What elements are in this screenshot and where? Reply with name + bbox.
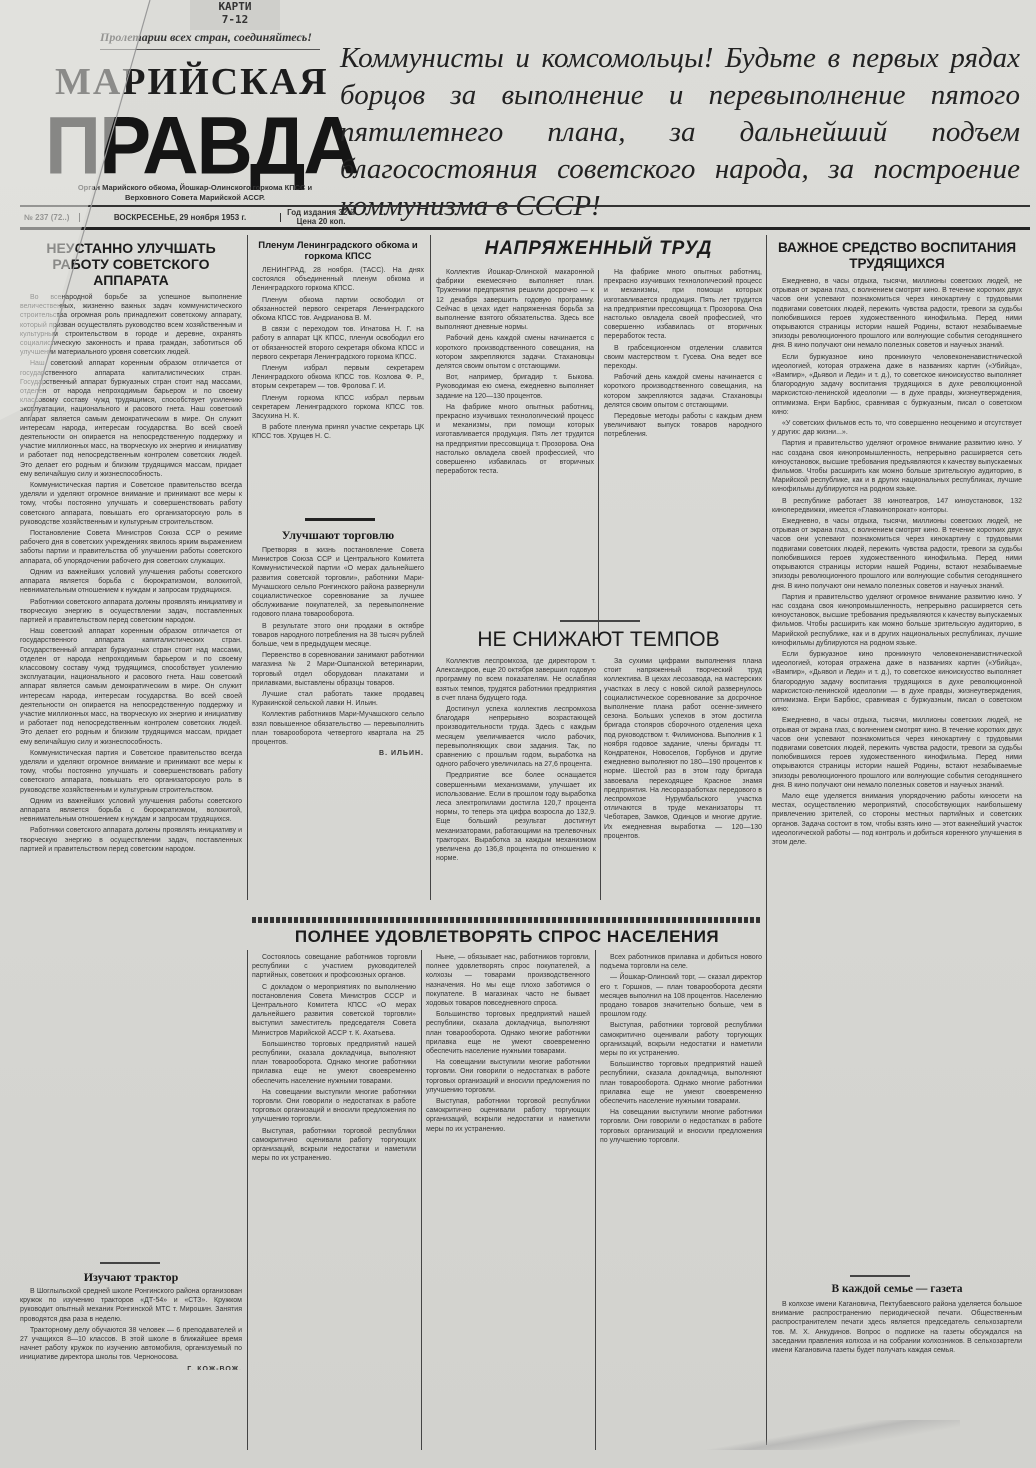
article-paragraph: Ежедневно, в часы отдыха, тысячи, миллио…: [772, 517, 1022, 591]
article-demand-col1: Состоялось совещание работников торговли…: [252, 953, 416, 1453]
article-paragraph: Претворяя в жизнь постановление Совета М…: [252, 546, 424, 620]
article-paragraph: Если буржуазное кино проникнуто человеко…: [772, 650, 1022, 714]
article-paragraph: В результате этого они продажи в октябре…: [252, 622, 424, 650]
separator: [305, 518, 375, 521]
price: Цена 20 коп.: [297, 217, 346, 226]
article-paragraph: «У советских фильмов есть то, что соверш…: [772, 419, 1022, 437]
article-paragraph: Ныне, — обязывает нас, работников торгов…: [426, 953, 590, 1008]
article-paragraph: — Йошкар-Олинский торг, — сказал директо…: [600, 973, 762, 1019]
article-paragraph: Выступая, работники торговой республики …: [600, 1021, 762, 1058]
article-paragraph: Одним из важнейших условий улучшения раб…: [20, 568, 242, 596]
article-paragraph: В колхозе имени Кагановича, Пектубаевско…: [772, 1300, 1022, 1355]
article-paragraph: Наш советский аппарат коренным образом о…: [20, 627, 242, 747]
article-paragraph: Рабочий день каждой смены начинается с к…: [436, 334, 594, 371]
article-paragraph: Наш советский аппарат коренным образом о…: [20, 359, 242, 479]
article-paragraph: В Шоглыльской средней школе Ронгинского …: [20, 1287, 242, 1324]
article-paragraph: Во всенародной борьбе за успешное выполн…: [20, 293, 242, 357]
article-paragraph: Партия и правительство уделяют огромное …: [772, 439, 1022, 494]
article-paragraph: Одним из важнейших условий улучшения раб…: [20, 797, 242, 825]
article-paragraph: Достигнул успеха коллектив леспромхоза б…: [436, 705, 596, 769]
article-demand-col3: Всех работников прилавка и добиться ново…: [600, 953, 762, 1453]
column-divider: [766, 235, 767, 1445]
article-paragraph: ЛЕНИНГРАД, 28 ноября. (ТАСС). На днях со…: [252, 266, 424, 294]
publication-year: Год издания 32-й: [287, 208, 355, 217]
article-paragraph: Предприятие все более оснащается соверше…: [436, 771, 596, 863]
article-paragraph: Пленум горкома КПСС избрал первым секрет…: [252, 394, 424, 422]
article-paragraph: Пленум обкома партии освободил от обязан…: [252, 296, 424, 324]
article-paragraph: Состоялось совещание работников торговли…: [252, 953, 416, 981]
article-demand-col2: Ныне, — обязывает нас, работников торгов…: [426, 953, 590, 1453]
article-no-slowdown-col2: За сухими цифрами выполнения плана стоит…: [604, 657, 762, 902]
article-plenum: Пленум Ленинградского обкома и горкома К…: [252, 240, 424, 510]
article-signature: В. ИЛЬИН.: [252, 749, 424, 758]
issue-number: № 237 (72..): [20, 213, 80, 222]
masthead-info-bar: № 237 (72..) ВОСКРЕСЕНЬЕ, 29 ноября 1953…: [20, 205, 1030, 230]
article-headline: НЕУСТАННО УЛУЧШАТЬ РАБОТУ СОВЕТСКОГО АПП…: [20, 240, 242, 288]
article-signature: Г. КОЖ-ВОЖ.: [20, 1365, 242, 1370]
separator: [560, 620, 640, 622]
decorative-rule: [252, 917, 762, 923]
article-paragraph: Коммунистическая партия и Советское прав…: [20, 481, 242, 527]
newspaper-page: КАРТИ 7-12 Пролетарии всех стран, соедин…: [0, 0, 1036, 1468]
article-paragraph: Постановление Совета Министров Союза ССР…: [20, 529, 242, 566]
article-headline: Изучают трактор: [20, 1270, 242, 1285]
article-headline: ВАЖНОЕ СРЕДСТВО ВОСПИТАНИЯ ТРУДЯЩИХСЯ: [772, 240, 1022, 272]
masthead-organ: Орган Марийского обкома, Йошкар-Олинског…: [60, 183, 330, 203]
article-paragraph: В республике работает 38 кинотеатров, 14…: [772, 497, 1022, 515]
article-paragraph: Ежедневно, в часы отдыха, тысячи, миллио…: [772, 277, 1022, 351]
article-paragraph: Если буржуазное кино проникнуто человеко…: [772, 353, 1022, 417]
article-headline-no-slowdown: НЕ СНИЖАЮТ ТЕМПОВ: [436, 628, 761, 652]
column-divider: [595, 950, 596, 1450]
article-paragraph: Выступая, работники торговой республики …: [426, 1097, 590, 1134]
article-headline: В каждой семье — газета: [772, 1282, 1022, 1297]
article-paragraph: Коллектив леспромхоза, где директором т.…: [436, 657, 596, 703]
article-trade: Улучшают торговлю Претворяя в жизнь пост…: [252, 528, 424, 908]
article-paragraph: Большинство торговых предприятий нашей р…: [426, 1010, 590, 1056]
article-headline: Пленум Ленинградского обкома и горкома К…: [252, 240, 424, 262]
masthead-motto: Пролетарии всех стран, соединяйтесь!: [100, 30, 320, 50]
article-paragraph: Тракторному делу обучаются 38 человек — …: [20, 1326, 242, 1363]
article-paragraph: Большинство торговых предприятий нашей р…: [600, 1060, 762, 1106]
article-paragraph: Мало еще уделяется внимания упорядочению…: [772, 792, 1022, 847]
article-paragraph: Коллектив Йошкар-Олинской макаронной фаб…: [436, 268, 594, 332]
article-paragraph: Партия и правительство уделяют огромное …: [772, 593, 1022, 648]
article-headline-intense-labor: НАПРЯЖЕННЫЙ ТРУД: [436, 238, 761, 260]
article-paragraph: В связи с переходом тов. Игнатова Н. Г. …: [252, 325, 424, 362]
separator: [100, 1262, 160, 1264]
article-paragraph: Рабочий день каждой смены начинается с к…: [604, 373, 762, 410]
separator: [850, 1275, 910, 1277]
article-paragraph: В грабсекционном отделении славится свои…: [604, 344, 762, 372]
article-paragraph: На совещании выступили многие работники …: [426, 1058, 590, 1095]
article-headline: Улучшают торговлю: [252, 528, 424, 543]
column-divider: [421, 950, 422, 1450]
article-apparatus: НЕУСТАННО УЛУЧШАТЬ РАБОТУ СОВЕТСКОГО АПП…: [20, 240, 242, 1240]
newspaper-title-line2: ПРАВДА: [45, 98, 330, 194]
article-paragraph: Коммунистическая партия и Советское прав…: [20, 749, 242, 795]
front-page-slogan: Коммунисты и комсомольцы! Будьте в первы…: [340, 40, 1020, 225]
article-headline-demand: ПОЛНЕЕ УДОВЛЕТВОРЯТЬ СПРОС НАСЕЛЕНИЯ: [252, 927, 762, 947]
article-paragraph: Всех работников прилавка и добиться ново…: [600, 953, 762, 971]
column-divider: [600, 690, 601, 900]
article-paragraph: Выступая, работники торговой республики …: [252, 1127, 416, 1164]
article-paragraph: Первенство в соревновании занимают работ…: [252, 651, 424, 688]
publication-info: Год издания 32-й Цена 20 коп.: [281, 208, 361, 226]
article-paragraph: На совещании выступили многие работники …: [600, 1108, 762, 1145]
article-paragraph: С докладом о мероприятиях по выполнению …: [252, 983, 416, 1038]
article-intense-labor-col1: Коллектив Йошкар-Олинской макаронной фаб…: [436, 268, 594, 598]
article-paragraph: На фабрике много опытных работниц, прекр…: [436, 403, 594, 477]
article-no-slowdown-col1: Коллектив леспромхоза, где директором т.…: [436, 657, 596, 902]
article-paragraph: Лучшие стал работать также продавец Кура…: [252, 690, 424, 708]
article-paragraph: За сухими цифрами выполнения плана стоит…: [604, 657, 762, 841]
column-divider: [430, 235, 431, 900]
article-paragraph: На фабрике много опытных работниц, прекр…: [604, 268, 762, 342]
article-tractor: Изучают трактор В Шоглыльской средней шк…: [20, 1270, 242, 1370]
article-paragraph: Коллектив работников Мари-Мучашского сел…: [252, 710, 424, 747]
article-education: ВАЖНОЕ СРЕДСТВО ВОСПИТАНИЯ ТРУДЯЩИХСЯ Еж…: [772, 240, 1022, 1260]
article-paragraph: Пленум избрал первым секретарем Ленингра…: [252, 364, 424, 392]
article-paragraph: Передовые методы работы с каждым днем ув…: [604, 412, 762, 440]
article-intense-labor-col2: На фабрике много опытных работниц, прекр…: [604, 268, 762, 598]
article-paragraph: Ежедневно, в часы отдыха, тысячи, миллио…: [772, 716, 1022, 790]
article-paragraph: Работники советского аппарата должны про…: [20, 598, 242, 626]
column-divider: [598, 270, 599, 640]
article-paragraph: В работе пленума принял участие секретар…: [252, 423, 424, 441]
archive-stamp: КАРТИ 7-12: [190, 0, 280, 30]
article-paragraph: Большинство торговых предприятий нашей р…: [252, 1040, 416, 1086]
column-divider: [247, 950, 248, 1450]
article-family-paper: В каждой семье — газета В колхозе имени …: [772, 1282, 1022, 1382]
article-paragraph: Вот, например, бригадир т. Быкова. Руков…: [436, 373, 594, 401]
archive-stamp-line: КАРТИ: [190, 0, 280, 13]
issue-date: ВОСКРЕСЕНЬЕ, 29 ноября 1953 г.: [80, 213, 281, 222]
archive-stamp-line: 7-12: [190, 13, 280, 26]
article-paragraph: Работники советского аппарата должны про…: [20, 826, 242, 854]
scan-smudge: [700, 1420, 960, 1450]
article-paragraph: На совещании выступили многие работники …: [252, 1088, 416, 1125]
column-divider: [247, 235, 248, 900]
